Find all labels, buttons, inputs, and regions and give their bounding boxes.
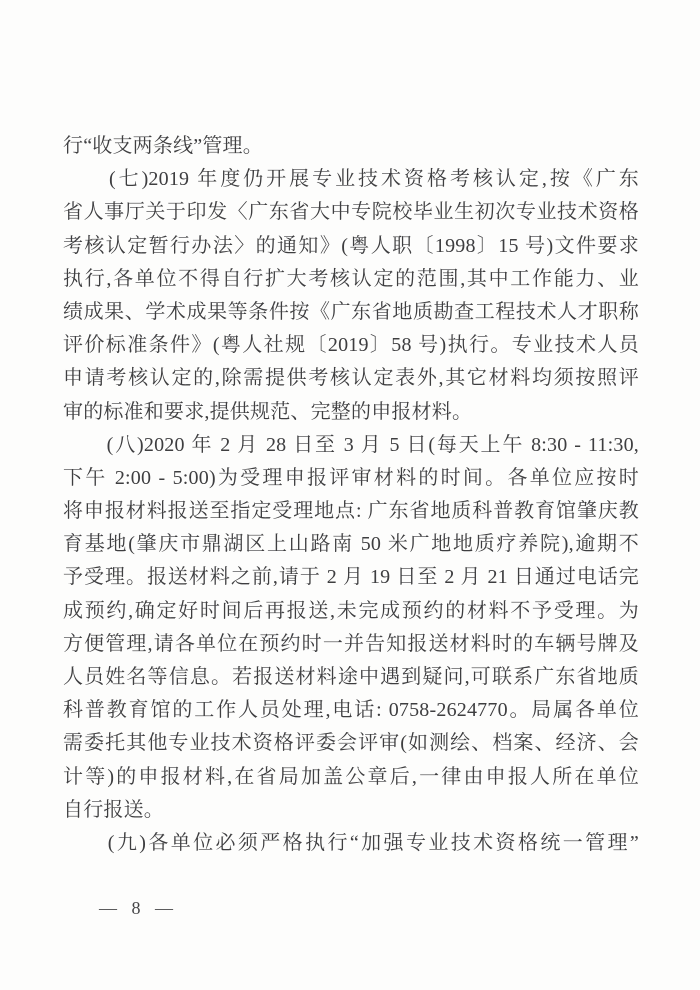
text-line: 下午 2:00 - 5:00)为受理申报评审材料的时间。各单位应按时	[63, 462, 639, 495]
text-line: 科普教育馆的工作人员处理,电话: 0758-2624770。局属各单位	[63, 694, 639, 727]
text-line: (七)2019 年度仍开展专业技术资格考核认定,按《广东	[63, 163, 639, 196]
text-line: 将申报材料报送至指定受理地点: 广东省地质科普教育馆肇庆教	[63, 495, 639, 528]
text-line: 需委托其他专业技术资格评委会评审(如测绘、档案、经济、会	[63, 727, 639, 760]
text-line: 执行,各单位不得自行扩大考核认定的范围,其中工作能力、业	[63, 263, 639, 296]
text-line: (九)各单位必须严格执行“加强专业技术资格统一管理”	[63, 827, 639, 860]
document-body: 行“收支两条线”管理。 (七)2019 年度仍开展专业技术资格考核认定,按《广东…	[63, 130, 639, 860]
text-line: 予受理。报送材料之前,请于 2 月 19 日至 2 月 21 日通过电话完	[63, 561, 639, 594]
page-number: — 8 —	[99, 896, 178, 920]
text-line: 自行报送。	[63, 794, 639, 827]
text-line: 评价标准条件》(粤人社规〔2019〕58 号)执行。专业技术人员	[63, 329, 639, 362]
text-line: 育基地(肇庆市鼎湖区上山路南 50 米广地地质疗养院),逾期不	[63, 528, 639, 561]
text-line: (八)2020 年 2 月 28 日至 3 月 5 日(每天上午 8:30 - …	[63, 429, 639, 462]
text-line: 审的标准和要求,提供规范、完整的申报材料。	[63, 396, 639, 429]
text-line: 申请考核认定的,除需提供考核认定表外,其它材料均须按照评	[63, 362, 639, 395]
text-line: 绩成果、学术成果等条件按《广东省地质勘查工程技术人才职称	[63, 296, 639, 329]
text-line: 人员姓名等信息。若报送材料途中遇到疑问,可联系广东省地质	[63, 661, 639, 694]
text-line: 成预约,确定好时间后再报送,未完成预约的材料不予受理。为	[63, 595, 639, 628]
text-line: 行“收支两条线”管理。	[63, 130, 639, 163]
text-line: 计等)的申报材料,在省局加盖公章后,一律由申报人所在单位	[63, 761, 639, 794]
scanned-document-page: 行“收支两条线”管理。 (七)2019 年度仍开展专业技术资格考核认定,按《广东…	[0, 0, 700, 990]
text-line: 省人事厅关于印发〈广东省大中专院校毕业生初次专业技术资格	[63, 196, 639, 229]
text-line: 方便管理,请各单位在预约时一并告知报送材料时的车辆号牌及	[63, 628, 639, 661]
text-line: 考核认定暂行办法〉的通知》(粤人职〔1998〕15 号)文件要求	[63, 230, 639, 263]
